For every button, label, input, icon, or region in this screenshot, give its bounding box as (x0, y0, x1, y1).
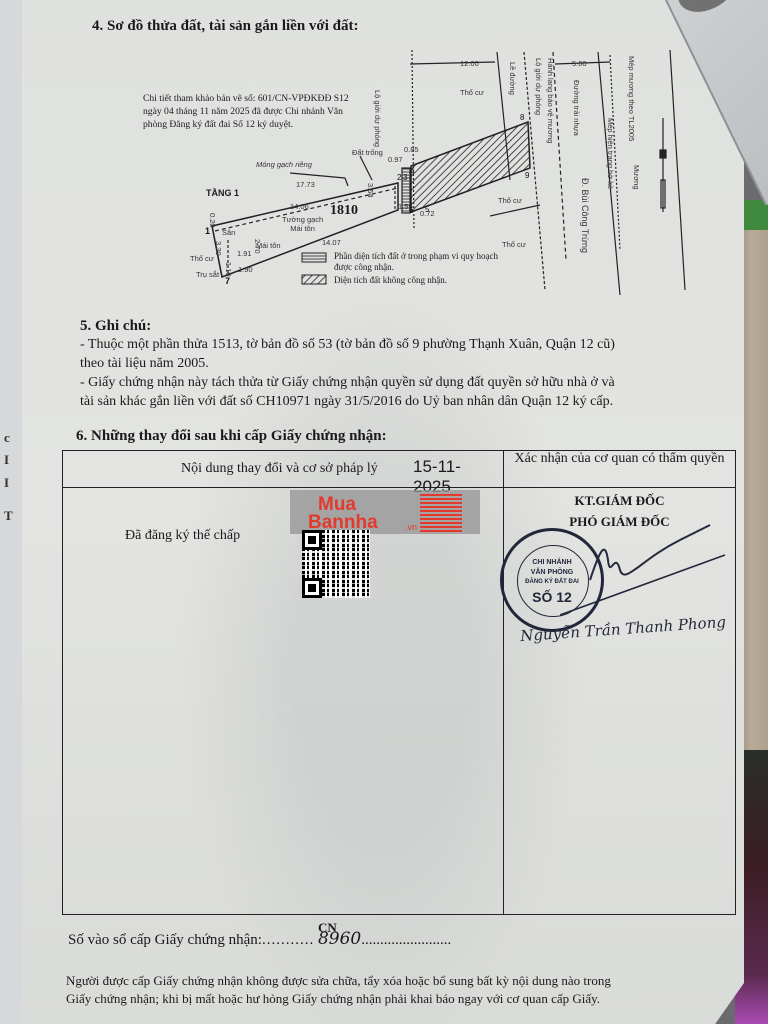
footer-warning: Người được cấp Giấy chứng nhận không đượ… (66, 972, 611, 1008)
label-le-duong: Lề đường (508, 62, 517, 95)
registry-line: Số vào sổ cấp Giấy chứng nhận:..........… (68, 930, 451, 950)
label-mong-gach: Móng gạch riêng (256, 160, 312, 169)
registry-label: Số vào sổ cấp Giấy chứng nhận: (68, 932, 262, 948)
svg-text:1.10: 1.10 (224, 262, 233, 277)
qr-finder-icon (302, 578, 322, 598)
watermark-suffix: .vn (405, 522, 417, 532)
warning-line: Giấy chứng nhận; khi bị mất hoặc hư hỏng… (66, 990, 611, 1008)
svg-text:14.06: 14.06 (290, 202, 309, 211)
label-muong: Mương (632, 165, 641, 190)
label-dat-trong: Đất trống (352, 148, 383, 157)
col-header-confirmation: Xác nhận của cơ quan có thẩm quyền (504, 451, 735, 467)
svg-text:17.73: 17.73 (296, 180, 315, 189)
label-tho-cu: Thổ cư (190, 254, 214, 263)
structure-roof: Mái tôn (282, 224, 323, 233)
label-tho-cu: Thổ cư (498, 196, 522, 205)
label-mep-bo-ke: Mép hiện trạng bờ kè (606, 118, 615, 189)
floor-label: TẦNG 1 (206, 188, 239, 198)
legend-unrecognised-area: Diện tích đất không công nhận. (334, 274, 447, 287)
qr-code[interactable] (302, 530, 370, 598)
svg-text:5.00: 5.00 (572, 59, 587, 68)
svg-text:1: 1 (205, 226, 210, 236)
signer-title-1: KT.GIÁM ĐỐC (504, 490, 735, 511)
svg-text:3: 3 (403, 173, 408, 182)
section6-heading: 6. Những thay đổi sau khi cấp Giấy chứng… (76, 428, 387, 445)
svg-text:3.54: 3.54 (366, 183, 375, 198)
section5-heading: 5. Ghi chú: (80, 318, 615, 335)
label-duong-nhua: Đường trải nhựa (572, 80, 581, 136)
parcel-number: 1810 (330, 203, 358, 219)
svg-text:1.90: 1.90 (238, 265, 253, 274)
warning-line: Người được cấp Giấy chứng nhận không đượ… (66, 972, 611, 990)
header-confirm-cell: Xác nhận của cơ quan có thẩm quyền (504, 451, 736, 488)
building-icon (420, 494, 462, 532)
label-hanh-lang: Hành lang bảo vệ mương (546, 58, 555, 143)
note-line: - Giấy chứng nhận này tách thửa từ Giấy … (80, 373, 615, 392)
change-entry-cell: Đã đăng ký thế chấp (63, 488, 504, 915)
registry-prefix: CN (318, 918, 337, 937)
structure-description: Tường gạch Mái tôn (282, 215, 323, 233)
watermark-logo: Mua Bannha .vn (290, 490, 480, 534)
svg-text:3.30: 3.30 (214, 241, 223, 256)
section5-notes: 5. Ghi chú: - Thuộc một phần thửa 1513, … (80, 318, 615, 411)
svg-text:2: 2 (397, 173, 402, 182)
svg-text:0.85: 0.85 (404, 145, 419, 154)
note-line: - Thuộc một phần thửa 1513, tờ bản đồ số… (80, 335, 615, 354)
svg-text:1.91: 1.91 (237, 249, 252, 258)
label-tru-sat: Trụ sắt (196, 270, 219, 279)
note-line: tài sản khác gắn liền với đất số CH10971… (80, 392, 615, 411)
svg-text:6: 6 (409, 206, 414, 215)
svg-text:5: 5 (425, 205, 430, 214)
legend-recognised-area: Phần diện tích đất ở trong phạm vi quy h… (334, 251, 509, 273)
label-street-name: Đ. Bùi Công Trừng (580, 178, 590, 253)
label-lo-gioi: Lộ giới dự phóng (373, 90, 382, 147)
signature-stroke (560, 520, 730, 620)
mortgage-entry: Đã đăng ký thế chấp (125, 526, 240, 545)
col-header-content: Nội dung thay đổi và cơ sở pháp lý (181, 459, 378, 478)
svg-text:8: 8 (520, 113, 525, 122)
svg-text:7: 7 (225, 276, 230, 286)
label-san: Sân (222, 228, 235, 237)
label-lo-gioi: Lộ giới dự phóng (534, 58, 543, 115)
svg-text:12.00: 12.00 (460, 59, 479, 68)
header-content-cell: Nội dung thay đổi và cơ sở pháp lý 15-11… (63, 451, 504, 488)
label-mep-muong: Mép mương theo TL2005 (627, 56, 636, 141)
label-tho-cu: Thổ cư (460, 88, 484, 97)
label-mai-ton: Mái tôn (256, 241, 281, 250)
svg-text:14.07: 14.07 (322, 238, 341, 247)
svg-text:4: 4 (410, 167, 415, 176)
structure-wall: Tường gạch (282, 215, 323, 224)
label-tho-cu: Thổ cư (502, 240, 526, 249)
svg-text:9: 9 (525, 171, 530, 180)
qr-finder-icon (302, 530, 322, 550)
svg-text:0.97: 0.97 (388, 155, 403, 164)
note-line: theo tài liệu năm 2005. (80, 354, 615, 373)
